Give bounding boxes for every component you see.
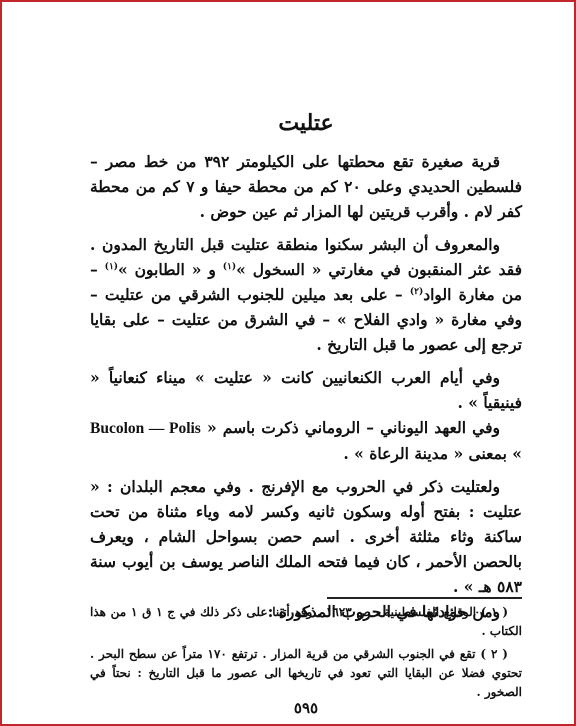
footnote-ref-2[interactable]: (٢)	[410, 287, 423, 297]
footnote-text: تقع في الجنوب الشرقي من قرية المزار . تر…	[90, 647, 522, 699]
paragraph-text: وفي العهد اليوناني – الروماني ذكرت باسم …	[201, 418, 500, 437]
paragraph-location: قرية صغيرة تقع محطتها على الكيلومتر ٣٩٢ …	[90, 149, 522, 224]
footnote-ref-1[interactable]: (١)	[223, 262, 236, 272]
paragraph-prehistory: والمعروف أن البشر سكنوا منطقة عتليت قبل …	[90, 232, 522, 357]
body-text: قرية صغيرة تقع محطتها على الكيلومتر ٣٩٢ …	[90, 149, 522, 632]
page-number: ٥٩٥	[90, 699, 522, 717]
page-frame: عتليت قرية صغيرة تقع محطتها على الكيلومت…	[0, 0, 576, 726]
footnote-ref-1b[interactable]: (١)	[105, 262, 118, 272]
footnote-marker: ( ١ )	[481, 605, 508, 619]
book-page: عتليت قرية صغيرة تقع محطتها على الكيلومت…	[90, 2, 522, 726]
footnote-marker: ( ٢ )	[480, 647, 508, 661]
paragraph-text: و « الطابون »	[118, 260, 223, 279]
page-title: عتليت	[90, 110, 522, 136]
footnotes: ( ١ ) الوقائع الفلسطينية ، ص ١٦٢٣ . وقد …	[90, 603, 522, 706]
footnote-text: الوقائع الفلسطينية ، ص ١٦٢٣ . وقد أتينا …	[90, 605, 522, 638]
paragraph-greco-roman: وفي العهد اليوناني – الروماني ذكرت باسم …	[90, 415, 522, 466]
paragraph-crusades: ولعتليت ذكر في الحروب مع الإفرنج . وفي م…	[90, 474, 522, 599]
footnote-1: ( ١ ) الوقائع الفلسطينية ، ص ١٦٢٣ . وقد …	[90, 603, 522, 641]
footnote-2: ( ٢ ) تقع في الجنوب الشرقي من قرية المزا…	[90, 645, 522, 702]
paragraph-canaanite: وفي أيام العرب الكنعانيين كانت « عتليت »…	[90, 365, 522, 415]
paragraph-text: » بمعنى « مدينة الرعاة » .	[343, 444, 522, 463]
latin-place-name: Bucolon — Polis	[90, 420, 201, 437]
footnote-divider	[327, 597, 522, 599]
